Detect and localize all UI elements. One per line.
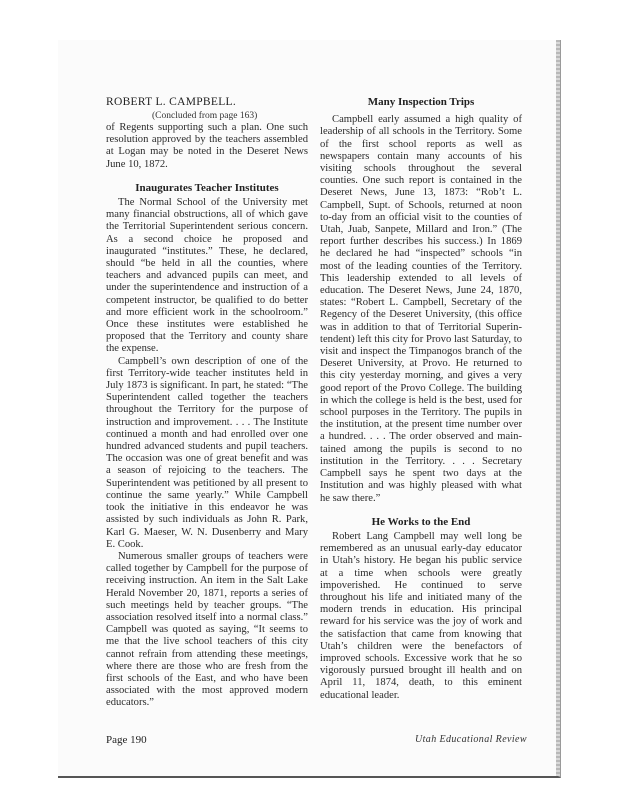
body-paragraph: Robert Lang Campbell may well long be re… bbox=[320, 531, 522, 702]
section-heading: He Works to the End bbox=[320, 516, 522, 528]
section-heading: Inaugurates Teacher Institutes bbox=[106, 182, 308, 194]
page-number: Page 190 bbox=[106, 734, 147, 746]
body-paragraph: Numerous smaller groups of teachers were… bbox=[106, 551, 308, 710]
left-column: of Regents supporting such a plan. One s… bbox=[106, 122, 308, 710]
body-paragraph: of Regents supporting such a plan. One s… bbox=[106, 122, 308, 171]
continuation-note: (Concluded from page 163) bbox=[152, 111, 257, 121]
page-edge-shadow bbox=[556, 40, 560, 776]
publication-name: Utah Educational Review bbox=[415, 734, 527, 745]
body-paragraph: Campbell early assumed a high quality of… bbox=[320, 114, 522, 505]
body-paragraph: The Normal School of the University met … bbox=[106, 197, 308, 356]
running-title: ROBERT L. CAMPBELL. bbox=[106, 96, 236, 108]
body-paragraph: Campbell’s own description of one of the… bbox=[106, 356, 308, 551]
right-column: Many Inspection Trips Campbell early ass… bbox=[320, 96, 522, 702]
section-heading: Many Inspection Trips bbox=[320, 96, 522, 108]
